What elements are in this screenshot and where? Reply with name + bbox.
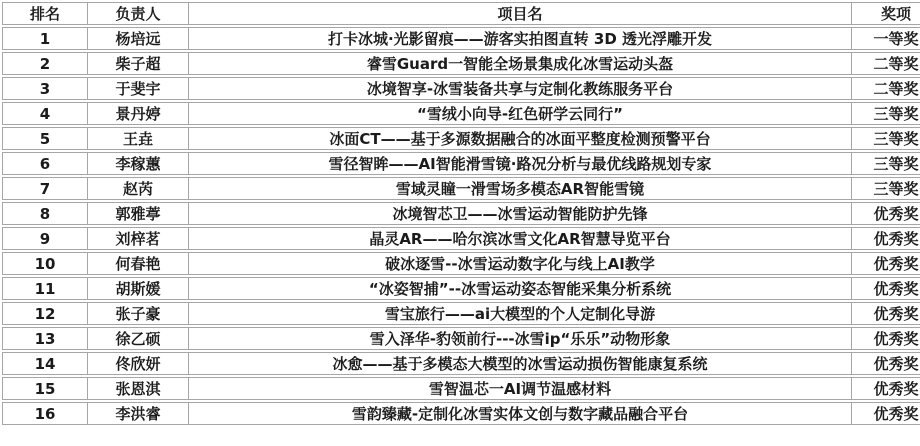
award-cell: 优秀奖 (852, 327, 920, 350)
awards-table: 排名 负责人 项目名 奖项 1 杨培远 打卡冰城·光影留痕——游客实拍图直转 3… (2, 0, 920, 427)
award-cell: 优秀奖 (852, 252, 920, 275)
award-cell: 优秀奖 (852, 352, 920, 375)
award-cell: 优秀奖 (852, 377, 920, 400)
rank-cell: 5 (2, 127, 88, 150)
owner-cell: 柴子超 (88, 52, 189, 75)
owner-cell: 张子豪 (88, 302, 189, 325)
rank-cell: 8 (2, 202, 88, 225)
table-row: 4 景丹婷 “雪绒小向导-红色研学云同行” 三等奖 (2, 102, 920, 125)
header-owner: 负责人 (88, 2, 189, 25)
rank-cell: 3 (2, 77, 88, 100)
project-cell: 冰面CT——基于多源数据融合的冰面平整度检测预警平台 (189, 127, 852, 150)
owner-cell: 景丹婷 (88, 102, 189, 125)
table-row: 2 柴子超 睿雪Guard一智能全场景集成化冰雪运动头盔 二等奖 (2, 52, 920, 75)
table-row: 11 胡斯媛 “冰姿智捕”--冰雪运动姿态智能采集分析系统 优秀奖 (2, 277, 920, 300)
project-cell: 雪域灵瞳一滑雪场多模态AR智能雪镜 (189, 177, 852, 200)
project-cell: 晶灵AR——哈尔滨冰雪文化AR智慧导览平台 (189, 227, 852, 250)
rank-cell: 9 (2, 227, 88, 250)
table-row: 8 郭雅葶 冰境智芯卫——冰雪运动智能防护先锋 优秀奖 (2, 202, 920, 225)
rank-cell: 2 (2, 52, 88, 75)
table-row: 14 佟欣妍 冰愈——基于多模态大模型的冰雪运动损伤智能康复系统 优秀奖 (2, 352, 920, 375)
rank-cell: 10 (2, 252, 88, 275)
project-cell: 雪智温芯一AI调节温感材料 (189, 377, 852, 400)
table-row: 3 于斐宇 冰境智享-冰雪装备共享与定制化教练服务平台 二等奖 (2, 77, 920, 100)
award-cell: 三等奖 (852, 127, 920, 150)
header-project: 项目名 (189, 2, 852, 25)
award-cell: 一等奖 (852, 27, 920, 50)
project-cell: 雪宝旅行——ai大模型的个人定制化导游 (189, 302, 852, 325)
rank-cell: 16 (2, 402, 88, 425)
owner-cell: 郭雅葶 (88, 202, 189, 225)
rank-cell: 7 (2, 177, 88, 200)
header-rank: 排名 (2, 2, 88, 25)
award-cell: 二等奖 (852, 77, 920, 100)
project-cell: 雪入泽华-豹领前行---冰雪ip“乐乐”动物形象 (189, 327, 852, 350)
award-cell: 优秀奖 (852, 402, 920, 425)
table-row: 10 何春艳 破冰逐雪--冰雪运动数字化与线上AI教学 优秀奖 (2, 252, 920, 275)
rank-cell: 14 (2, 352, 88, 375)
owner-cell: 于斐宇 (88, 77, 189, 100)
owner-cell: 赵芮 (88, 177, 189, 200)
award-cell: 三等奖 (852, 152, 920, 175)
owner-cell: 张恩淇 (88, 377, 189, 400)
owner-cell: 胡斯媛 (88, 277, 189, 300)
table-row: 12 张子豪 雪宝旅行——ai大模型的个人定制化导游 优秀奖 (2, 302, 920, 325)
owner-cell: 杨培远 (88, 27, 189, 50)
rank-cell: 6 (2, 152, 88, 175)
table-row: 15 张恩淇 雪智温芯一AI调节温感材料 优秀奖 (2, 377, 920, 400)
award-cell: 三等奖 (852, 102, 920, 125)
award-cell: 优秀奖 (852, 227, 920, 250)
rank-cell: 15 (2, 377, 88, 400)
table-row: 5 王垚 冰面CT——基于多源数据融合的冰面平整度检测预警平台 三等奖 (2, 127, 920, 150)
owner-cell: 李稼蕙 (88, 152, 189, 175)
table-body: 1 杨培远 打卡冰城·光影留痕——游客实拍图直转 3D 透光浮雕开发 一等奖 2… (2, 27, 920, 425)
project-cell: 雪韵臻藏-定制化冰雪实体文创与数字藏品融合平台 (189, 402, 852, 425)
project-cell: 冰境智芯卫——冰雪运动智能防护先锋 (189, 202, 852, 225)
project-cell: 破冰逐雪--冰雪运动数字化与线上AI教学 (189, 252, 852, 275)
award-cell: 三等奖 (852, 177, 920, 200)
rank-cell: 12 (2, 302, 88, 325)
header-award: 奖项 (852, 2, 920, 25)
project-cell: 冰境智享-冰雪装备共享与定制化教练服务平台 (189, 77, 852, 100)
table-header-row: 排名 负责人 项目名 奖项 (2, 2, 920, 25)
table-row: 1 杨培远 打卡冰城·光影留痕——游客实拍图直转 3D 透光浮雕开发 一等奖 (2, 27, 920, 50)
project-cell: “雪绒小向导-红色研学云同行” (189, 102, 852, 125)
owner-cell: 佟欣妍 (88, 352, 189, 375)
rank-cell: 1 (2, 27, 88, 50)
table-row: 9 刘梓茗 晶灵AR——哈尔滨冰雪文化AR智慧导览平台 优秀奖 (2, 227, 920, 250)
table-row: 13 徐乙硕 雪入泽华-豹领前行---冰雪ip“乐乐”动物形象 优秀奖 (2, 327, 920, 350)
table-row: 7 赵芮 雪域灵瞳一滑雪场多模态AR智能雪镜 三等奖 (2, 177, 920, 200)
award-cell: 优秀奖 (852, 302, 920, 325)
owner-cell: 王垚 (88, 127, 189, 150)
project-cell: 冰愈——基于多模态大模型的冰雪运动损伤智能康复系统 (189, 352, 852, 375)
owner-cell: 徐乙硕 (88, 327, 189, 350)
project-cell: 打卡冰城·光影留痕——游客实拍图直转 3D 透光浮雕开发 (189, 27, 852, 50)
award-cell: 优秀奖 (852, 277, 920, 300)
rank-cell: 4 (2, 102, 88, 125)
table-row: 6 李稼蕙 雪径智眸——AI智能滑雪镜·路况分析与最优线路规划专家 三等奖 (2, 152, 920, 175)
owner-cell: 何春艳 (88, 252, 189, 275)
award-cell: 二等奖 (852, 52, 920, 75)
award-cell: 优秀奖 (852, 202, 920, 225)
project-cell: 雪径智眸——AI智能滑雪镜·路况分析与最优线路规划专家 (189, 152, 852, 175)
project-cell: “冰姿智捕”--冰雪运动姿态智能采集分析系统 (189, 277, 852, 300)
project-cell: 睿雪Guard一智能全场景集成化冰雪运动头盔 (189, 52, 852, 75)
owner-cell: 李洪睿 (88, 402, 189, 425)
table-row: 16 李洪睿 雪韵臻藏-定制化冰雪实体文创与数字藏品融合平台 优秀奖 (2, 402, 920, 425)
rank-cell: 13 (2, 327, 88, 350)
owner-cell: 刘梓茗 (88, 227, 189, 250)
rank-cell: 11 (2, 277, 88, 300)
